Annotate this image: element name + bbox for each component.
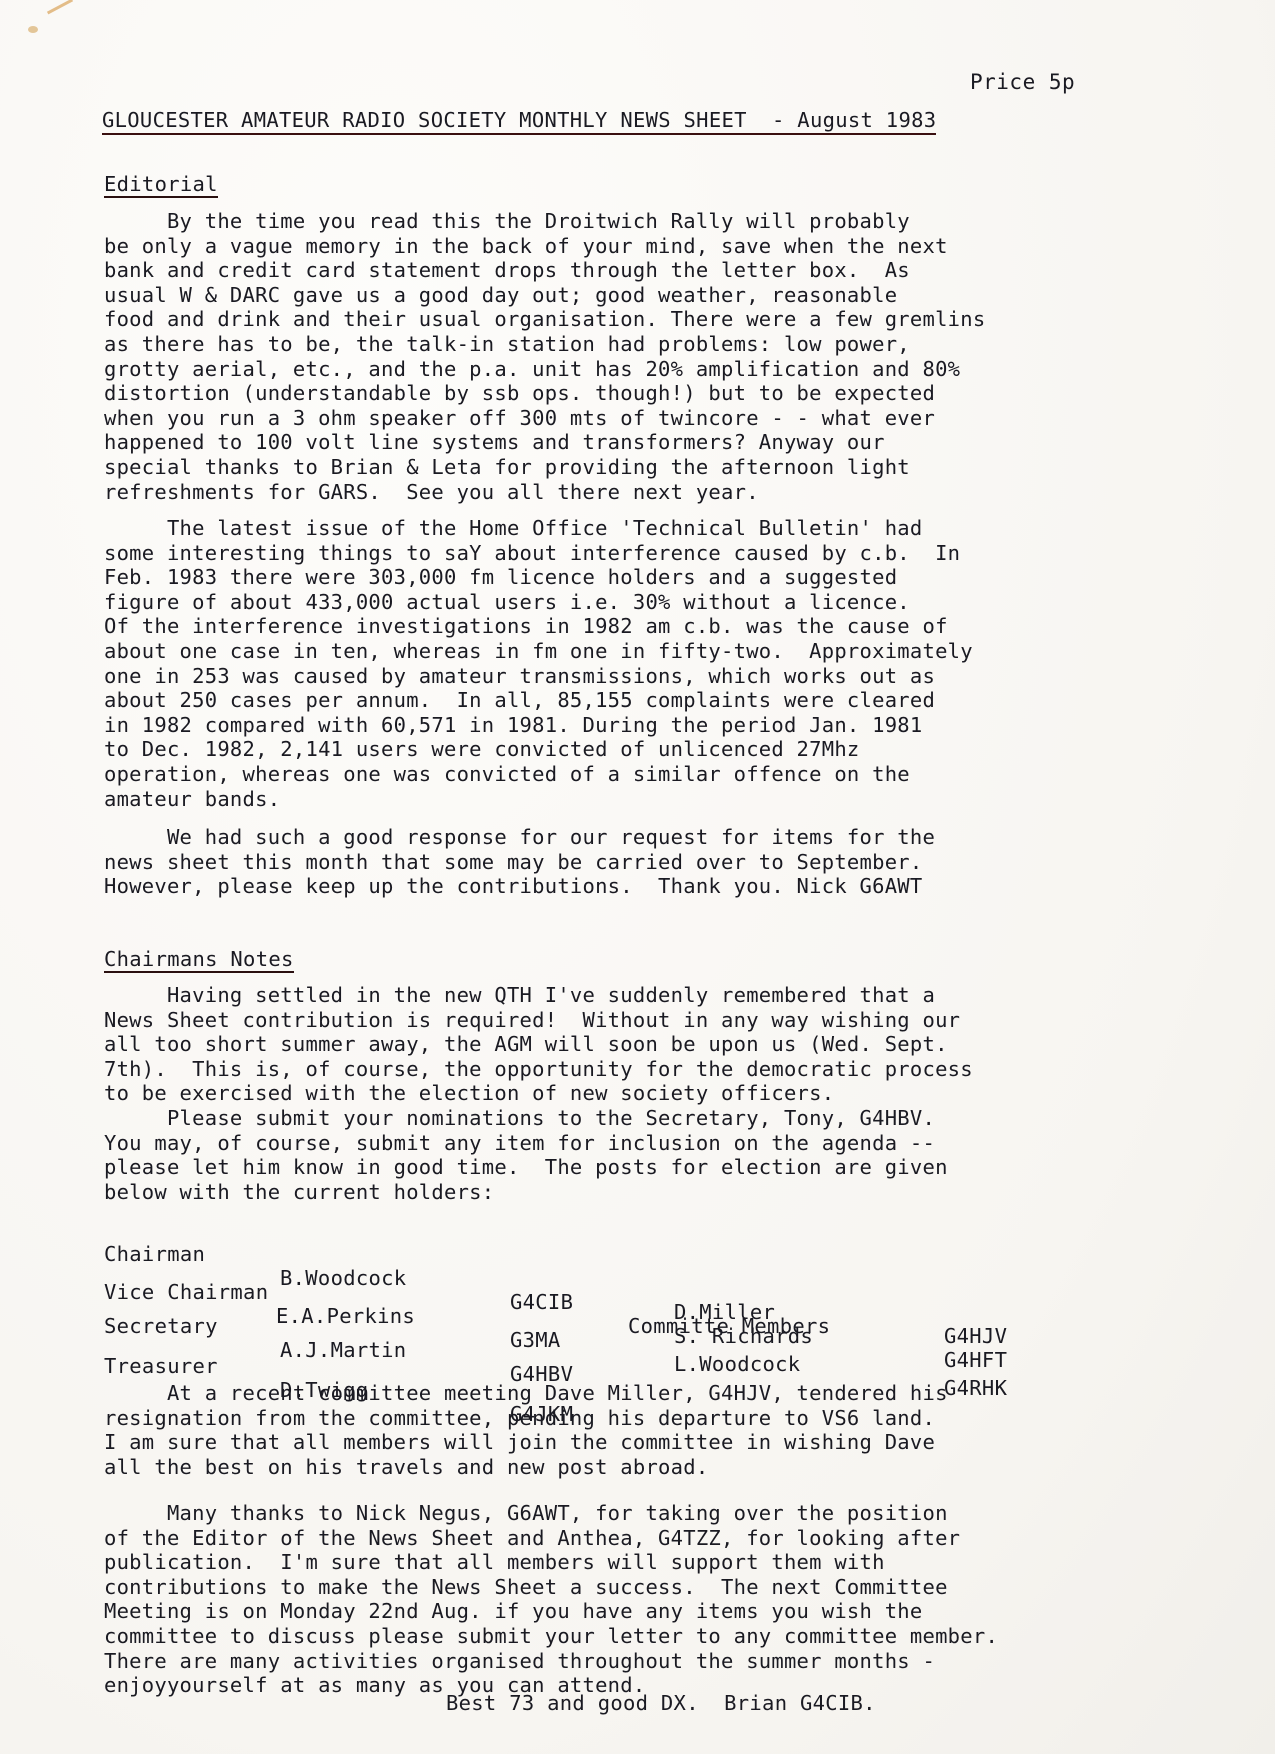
editorial-paragraph-2: The latest issue of the Home Office 'Tec… xyxy=(104,516,1184,811)
text-line: all too short summer away, the AGM will … xyxy=(104,1032,1184,1057)
text-line: distortion (understandable by ssb ops. t… xyxy=(104,381,1184,406)
masthead-title: GLOUCESTER AMATEUR RADIO SOCIETY MONTHLY… xyxy=(102,108,936,135)
text-line: to Dec. 1982, 2,141 users were convicted… xyxy=(104,737,1184,762)
committee-member-call: G4HJV xyxy=(944,1324,1007,1348)
text-line: Many thanks to Nick Negus, G6AWT, for ta… xyxy=(104,1501,1184,1526)
text-line: refreshments for GARS. See you all there… xyxy=(104,480,1184,505)
chairmans-notes-paragraph-3: Many thanks to Nick Negus, G6AWT, for ta… xyxy=(104,1501,1184,1698)
text-line: Meeting is on Monday 22nd Aug. if you ha… xyxy=(104,1599,1184,1624)
text-line: Having settled in the new QTH I've sudde… xyxy=(104,983,1184,1008)
text-line: Feb. 1983 there were 303,000 fm licence … xyxy=(104,565,1184,590)
text-line: news sheet this month that some may be c… xyxy=(104,850,1184,875)
news-sheet-page: Price 5p GLOUCESTER AMATEUR RADIO SOCIET… xyxy=(0,0,1275,1754)
committee-member-name: L.Woodcock xyxy=(674,1352,800,1376)
text-line: in 1982 compared with 60,571 in 1981. Du… xyxy=(104,713,1184,738)
text-line: News Sheet contribution is required! Wit… xyxy=(104,1008,1184,1033)
editorial-heading: Editorial xyxy=(104,172,218,198)
text-line: when you run a 3 ohm speaker off 300 mts… xyxy=(104,406,1184,431)
text-line: about one case in ten, whereas in fm one… xyxy=(104,639,1184,664)
text-line: some interesting things to saY about int… xyxy=(104,541,1184,566)
committee-member-name: D.Miller xyxy=(674,1300,775,1324)
text-line: special thanks to Brian & Leta for provi… xyxy=(104,455,1184,480)
officer-name: B.Woodcock xyxy=(280,1266,406,1290)
text-line: of the Editor of the News Sheet and Anth… xyxy=(104,1526,1184,1551)
text-line: about 250 cases per annum. In all, 85,15… xyxy=(104,688,1184,713)
text-line: By the time you read this the Droitwich … xyxy=(104,209,1184,234)
text-line: bank and credit card statement drops thr… xyxy=(104,258,1184,283)
chairmans-notes-paragraph-2: At a recent committee meeting Dave Mille… xyxy=(104,1381,1184,1479)
editorial-paragraph-1: By the time you read this the Droitwich … xyxy=(104,209,1184,504)
text-line: Please submit your nominations to the Se… xyxy=(104,1106,1184,1131)
committee-member-call: G4HFT xyxy=(944,1348,1007,1372)
text-line: one in 253 was caused by amateur transmi… xyxy=(104,664,1184,689)
text-line: usual W & DARC gave us a good day out; g… xyxy=(104,283,1184,308)
chairmans-notes-heading: Chairmans Notes xyxy=(104,947,294,973)
officer-post: Treasurer xyxy=(104,1354,218,1378)
committee-member-name: S. Richards xyxy=(674,1324,813,1348)
text-line: 7th). This is, of course, the opportunit… xyxy=(104,1057,1184,1082)
text-line: resignation from the committee, pending … xyxy=(104,1406,1184,1431)
text-line: as there has to be, the talk-in station … xyxy=(104,332,1184,357)
text-line: operation, whereas one was convicted of … xyxy=(104,762,1184,787)
text-line: You may, of course, submit any item for … xyxy=(104,1131,1184,1156)
signoff: Best 73 and good DX. Brian G4CIB. xyxy=(446,1691,876,1715)
text-line: all the best on his travels and new post… xyxy=(104,1455,1184,1480)
committee-row: S. Richards G4HFT xyxy=(104,1300,180,1325)
officer-name: E.A.Perkins xyxy=(276,1304,415,1328)
text-line: publication. I'm sure that all members w… xyxy=(104,1550,1184,1575)
text-line: contributions to make the News Sheet a s… xyxy=(104,1575,1184,1600)
text-line: Of the interference investigations in 19… xyxy=(104,614,1184,639)
text-line: food and drink and their usual organisat… xyxy=(104,307,1184,332)
text-line: grotty aerial, etc., and the p.a. unit h… xyxy=(104,357,1184,382)
text-line: to be exercised with the election of new… xyxy=(104,1081,1184,1106)
paper-stain xyxy=(28,26,38,33)
paper-mark xyxy=(47,0,73,14)
text-line: The latest issue of the Home Office 'Tec… xyxy=(104,516,1184,541)
text-line: below with the current holders: xyxy=(104,1180,1184,1205)
chairmans-notes-paragraph-1: Having settled in the new QTH I've sudde… xyxy=(104,983,1184,1204)
price-label: Price 5p xyxy=(970,70,1075,94)
text-line: amateur bands. xyxy=(104,787,1184,812)
text-line: We had such a good response for our requ… xyxy=(104,825,1184,850)
text-line: please let him know in good time. The po… xyxy=(104,1155,1184,1180)
text-line: committee to discuss please submit your … xyxy=(104,1624,1184,1649)
text-line: I am sure that all members will join the… xyxy=(104,1430,1184,1455)
text-line: be only a vague memory in the back of yo… xyxy=(104,234,1184,259)
text-line: happened to 100 volt line systems and tr… xyxy=(104,430,1184,455)
officer-row: Chairman B.Woodcock G4CIB Committe Membe… xyxy=(104,1218,180,1243)
officer-row: Treasurer D.Twigg G4JKM xyxy=(104,1330,180,1355)
text-line: There are many activities organised thro… xyxy=(104,1649,1184,1674)
officer-call: G3MA xyxy=(510,1328,561,1352)
officer-call: G4CIB xyxy=(510,1290,573,1314)
text-line: At a recent committee meeting Dave Mille… xyxy=(104,1381,1184,1406)
text-line: However, please keep up the contribution… xyxy=(104,874,1184,899)
text-line: figure of about 433,000 actual users i.e… xyxy=(104,590,1184,615)
officer-name: A.J.Martin xyxy=(280,1338,406,1362)
editorial-paragraph-3: We had such a good response for our requ… xyxy=(104,825,1184,899)
